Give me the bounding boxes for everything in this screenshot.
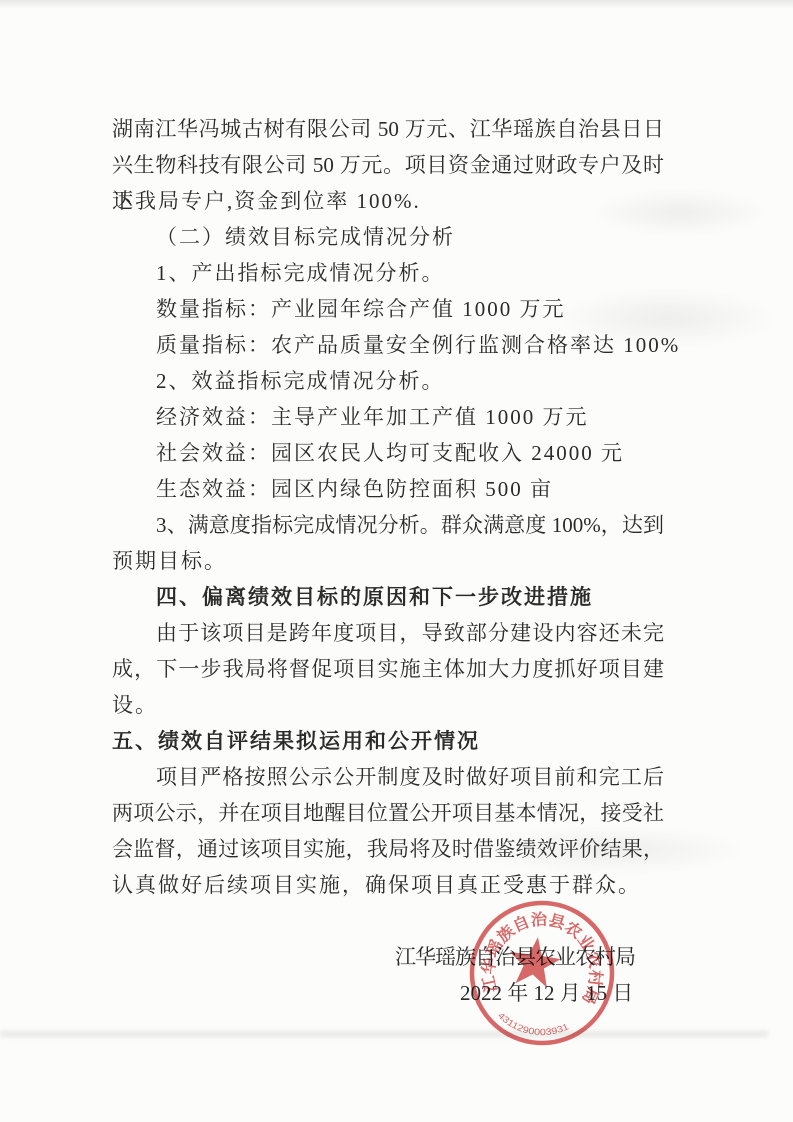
doc-line: 设。 [112, 687, 664, 723]
doc-line: 社会效益：园区农民人均可支配收入 24000 元 [112, 435, 664, 471]
doc-line: 经济效益：主导产业年加工产值 1000 万元 [112, 399, 664, 435]
doc-line: 质量指标：农产品质量安全例行监测合格率达 100% [112, 327, 664, 363]
doc-line: 两项公示，并在项目地醒目位置公开项目基本情况，接受社 [112, 795, 664, 831]
doc-line: 湖南江华冯城古树有限公司 50 万元、江华瑶族自治县日日 [112, 111, 664, 147]
seal-code: 4311290003931 [494, 1009, 572, 1041]
section-5-heading: 五、绩效自评结果拟运用和公开情况 [112, 723, 664, 759]
document-page: 湖南江华冯城古树有限公司 50 万元、江华瑶族自治县日日 兴生物科技有限公司 5… [0, 0, 793, 1122]
doc-line: 会监督，通过该项目实施，我局将及时借鉴绩效评价结果， [112, 831, 664, 867]
subsection-heading: （二）绩效目标完成情况分析 [112, 219, 664, 255]
item-heading: 1、产出指标完成情况分析。 [112, 255, 664, 291]
doc-line: 3、满意度指标完成情况分析。群众满意度 100%，达到 [112, 507, 664, 543]
scan-edge-artifact [0, 0, 793, 9]
doc-line: 达我局专户,资金到位率 100%. [112, 183, 664, 219]
scan-fold-artifact [0, 1031, 768, 1037]
doc-line: 生态效益：园区内绿色防控面积 500 亩 [112, 471, 664, 507]
document-body: 湖南江华冯城古树有限公司 50 万元、江华瑶族自治县日日 兴生物科技有限公司 5… [112, 111, 664, 1011]
doc-line: 成，下一步我局将督促项目实施主体加大力度抓好项目建 [112, 651, 664, 687]
doc-line: 项目严格按照公示公开制度及时做好项目前和完工后 [112, 759, 664, 795]
doc-line: 兴生物科技有限公司 50 万元。项目资金通过财政专户及时下 [112, 147, 664, 183]
doc-line: 由于该项目是跨年度项目，导致部分建设内容还未完 [112, 615, 664, 651]
section-4-heading: 四、偏离绩效目标的原因和下一步改进措施 [112, 579, 664, 615]
item-heading: 2、效益指标完成情况分析。 [112, 363, 664, 399]
official-seal: 江华瑶族自治县农业农村局 4311290003931 [443, 874, 642, 1073]
star-icon [506, 934, 564, 990]
svg-text:4311290003931: 4311290003931 [494, 1009, 572, 1041]
doc-line: 数量指标：产业园年综合产值 1000 万元 [112, 291, 664, 327]
doc-line: 预期目标。 [112, 543, 664, 579]
